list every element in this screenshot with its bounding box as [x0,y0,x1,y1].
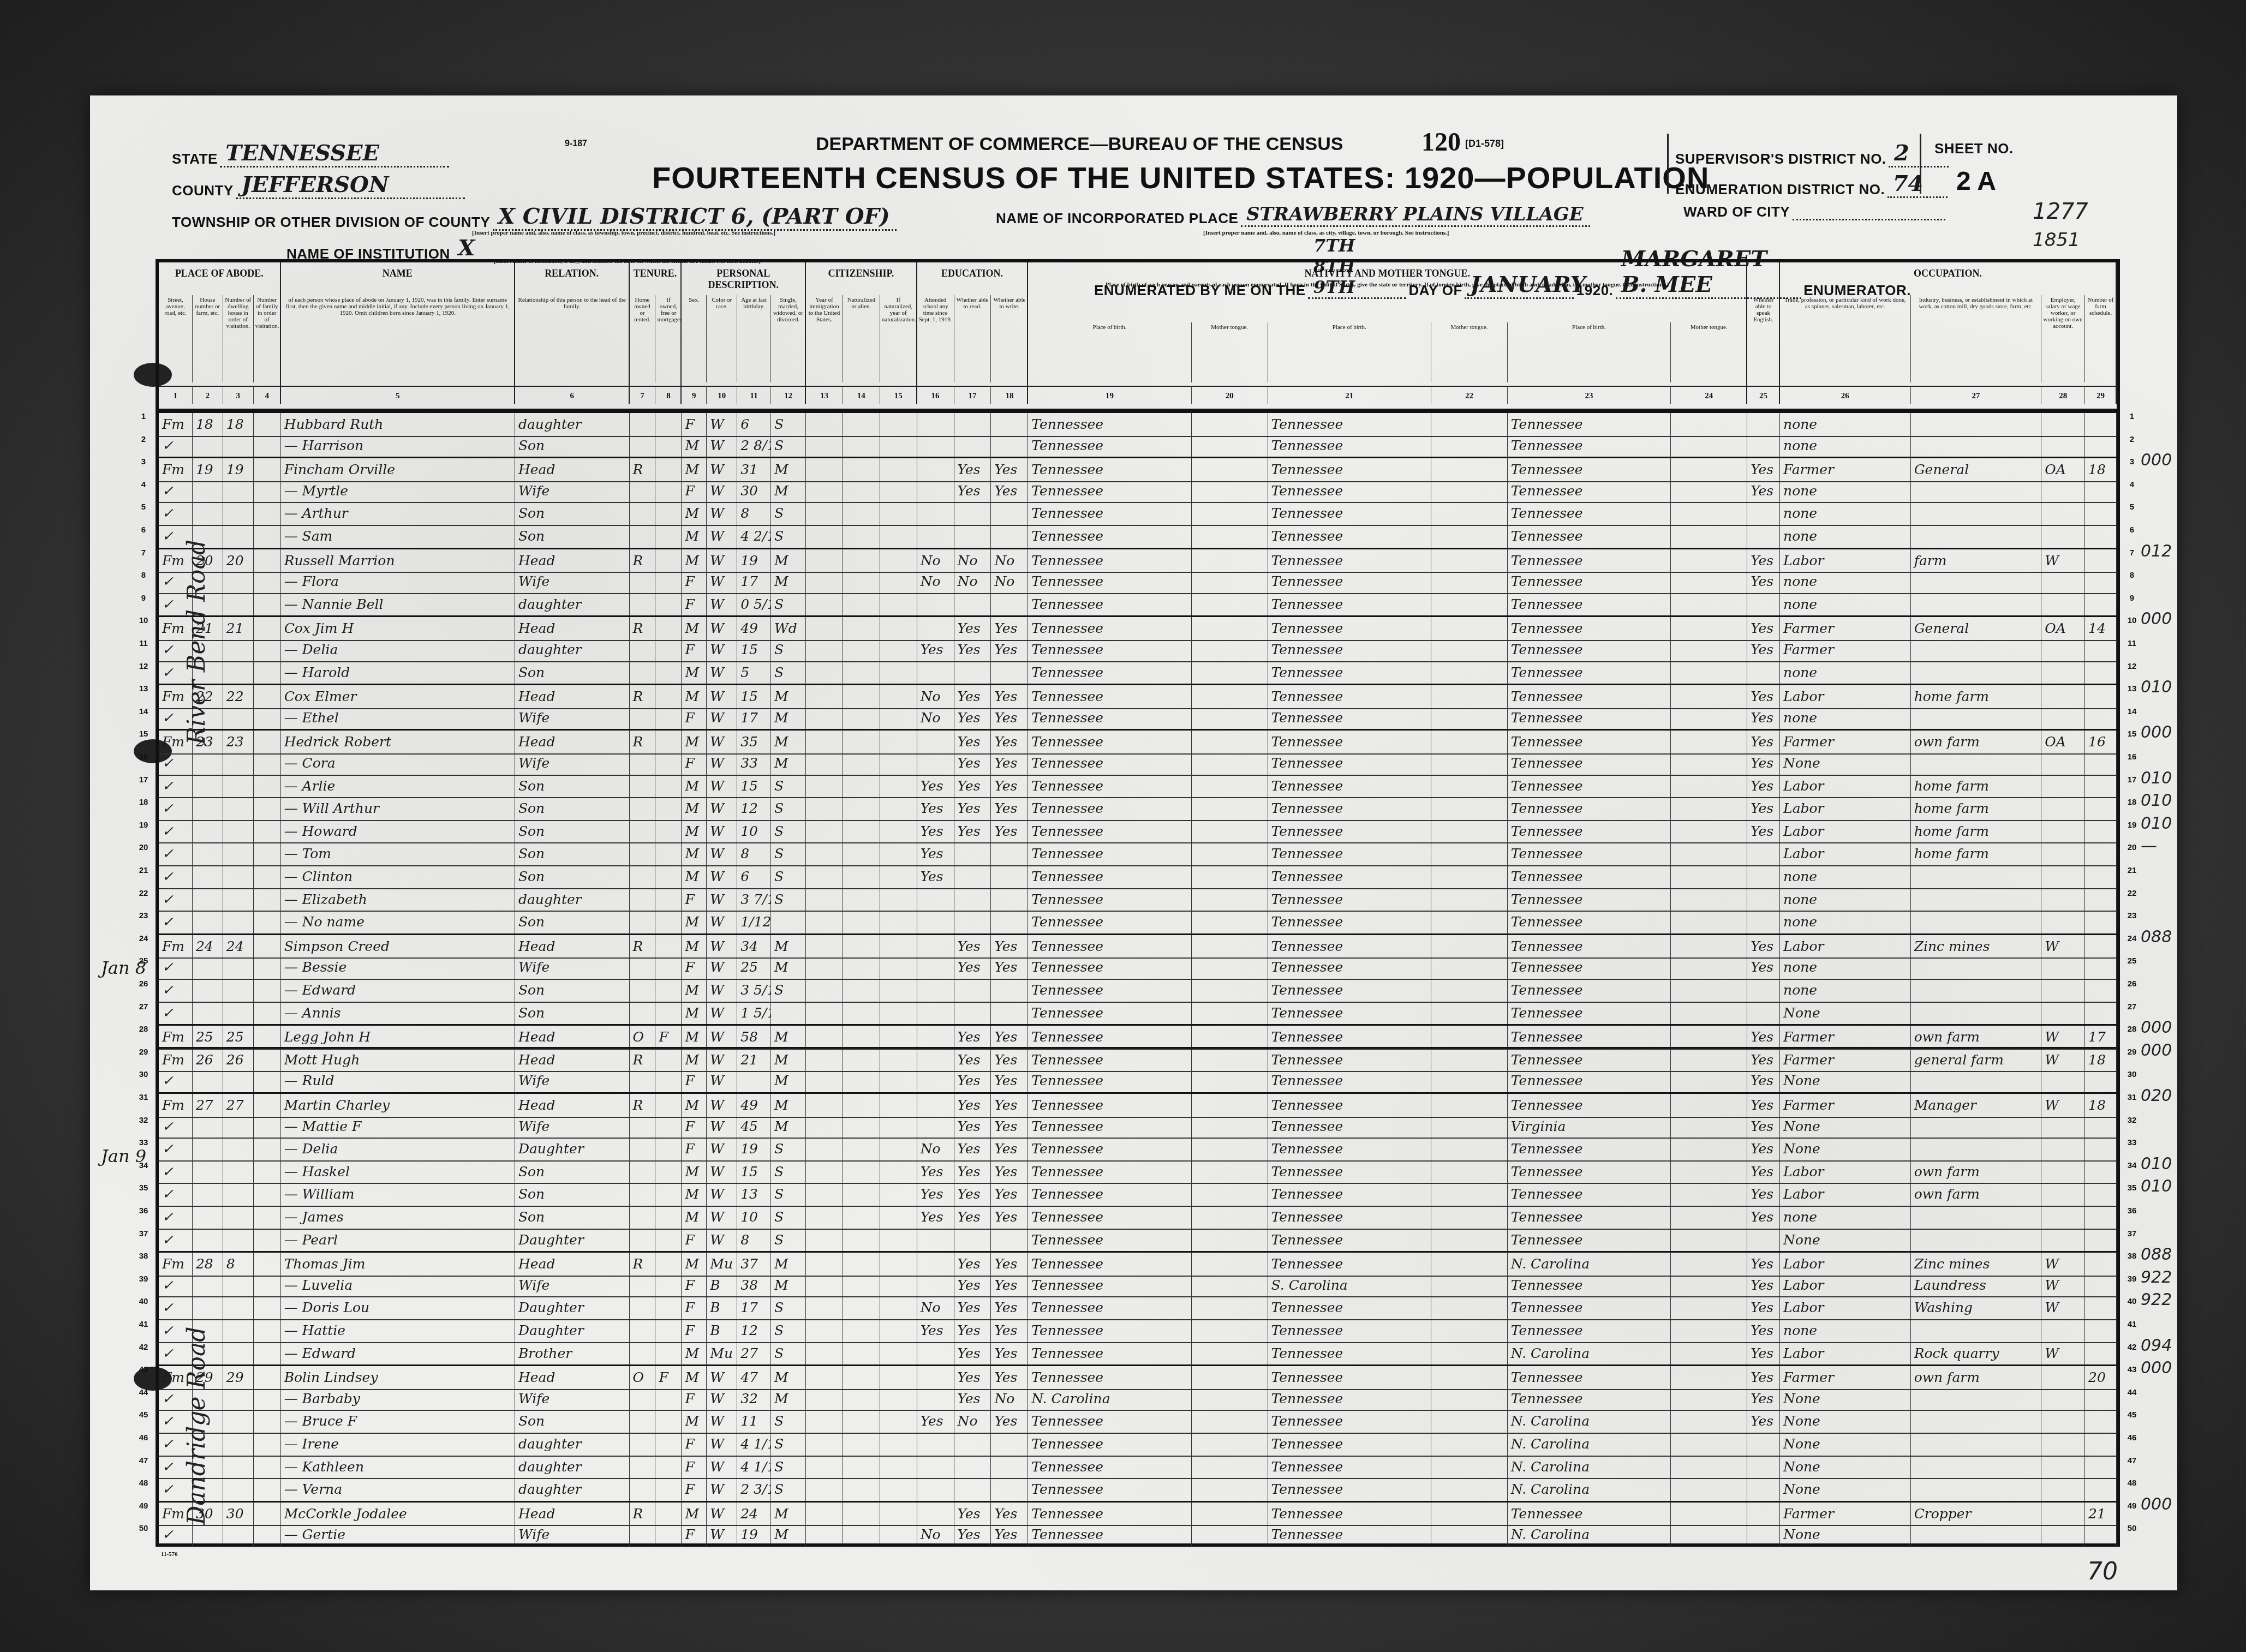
cell-industry [1911,638,2042,661]
cell-birth: Tennessee [1028,1433,1191,1456]
table-row: ✓— TomSonMW8SYesTennesseeTennesseeTennes… [159,842,2117,866]
cell-natz [843,458,880,481]
cell-tongue [1192,593,1268,616]
cell-english: Yes [1747,707,1780,729]
cell-english: Yes [1747,1026,1780,1049]
cell-farm-no [2085,752,2117,775]
cell-house [193,956,223,979]
cell-school: Yes [917,775,954,798]
cell-birth: Tennessee [1028,731,1191,753]
line-number: 28 [2121,1025,2143,1034]
cell-marital: M [771,1366,806,1389]
cell-school [917,1002,954,1025]
cell-english: Yes [1747,1094,1780,1117]
cell-mother-birth: Tennessee [1508,1002,1671,1025]
cell-sex: M [682,1026,707,1049]
cell-class [2041,434,2085,457]
cell-relation: Head [515,935,630,958]
cell-natz-year [880,1138,917,1160]
cell-father-tongue [1431,1183,1508,1206]
cell-mortgage [655,1274,682,1297]
cell-tenure [630,1296,656,1319]
line-number: 37 [133,1229,154,1238]
cell-natz-year [880,1206,917,1229]
cell-industry [1911,502,2042,525]
cell-father-tongue [1431,1274,1508,1297]
cell-industry: Cropper [1911,1503,2042,1525]
table-row: ✓— EdwardBrotherMMu27SYesYesTennesseeTen… [159,1342,2117,1366]
cell-read: Yes [954,1274,991,1297]
table-row: ✓— LuveliaWifeFB38MYesYesTennesseeS. Car… [159,1274,2117,1298]
cell-tenure [630,525,656,548]
table-row: ✓— ElizabethdaughterFW3 7/12STennesseeTe… [159,888,2117,912]
cell-class [2041,775,2085,798]
cell-marital: S [771,1342,806,1365]
cell-father-tongue [1431,1366,1508,1389]
cell-dwelling [223,1523,254,1546]
cell-birth: Tennessee [1028,1206,1191,1229]
cell-race: W [707,1026,737,1049]
cell-marital: S [771,775,806,798]
cell-industry: own farm [1911,1183,2042,1206]
cell-marital: S [771,1206,806,1229]
cell-natz-year [880,888,917,911]
table-row: ✓— IrenedaughterFW4 1/12STennesseeTennes… [159,1433,2117,1457]
cell-marital: S [771,413,806,436]
cell-mother-birth: Tennessee [1508,434,1671,457]
cell-tenure [630,434,656,457]
cell-father-birth: Tennessee [1268,1433,1431,1456]
cell-race: W [707,1206,737,1229]
cell-school: Yes [917,638,954,661]
line-number: 37 [2121,1229,2143,1238]
column-group-header: PERSONAL DESCRIPTION.Sex.9Color or race.… [682,262,806,404]
cell-relation: Head [515,1049,630,1072]
cell-english: Yes [1747,956,1780,979]
cell-school: No [917,549,954,572]
cell-name: — Ethel [281,707,515,729]
cell-tongue [1192,1523,1268,1546]
cell-mother-birth: N. Carolina [1508,1410,1671,1433]
cell-industry [1911,1456,2042,1479]
cell-street: ✓ [159,502,193,525]
line-number: 30 [133,1070,154,1079]
cell-name: — Edward [281,979,515,1002]
cell-street: ✓ [159,1183,193,1206]
column-description: Home owned or rented. [630,295,656,382]
cell-year-imm [806,1002,843,1025]
cell-natz [843,888,880,911]
cell-age: 25 [737,956,771,979]
cell-mortgage [655,1094,682,1117]
cell-tongue [1192,1433,1268,1456]
cell-industry: home farm [1911,797,2042,820]
cell-name: — Howard [281,820,515,843]
cell-family [254,1094,281,1117]
cell-birth: Tennessee [1028,979,1191,1002]
table-row: ✓— DeliaDaughterFW19SNoYesYesTennesseeTe… [159,1138,2117,1162]
cell-mortgage [655,1183,682,1206]
cell-occupation: Labor [1780,685,1911,708]
cell-write: Yes [991,458,1028,481]
cell-relation: Wife [515,1387,630,1410]
line-number: 7 [2121,548,2143,558]
cell-industry [1911,752,2042,775]
cell-industry [1911,865,2042,888]
cell-tenure [630,707,656,729]
line-number: 8 [2121,571,2143,580]
cell-dwelling [223,1229,254,1252]
table-row: ✓— SamSonMW4 2/12STennesseeTennesseeTenn… [159,525,2117,549]
cell-natz-year [880,617,917,640]
cell-birth: Tennessee [1028,1115,1191,1138]
cell-mother-tongue [1671,685,1747,708]
cell-natz-year [880,1049,917,1072]
cell-mother-tongue [1671,1115,1747,1138]
cell-mother-birth: Tennessee [1508,685,1671,708]
cell-school [917,1342,954,1365]
cell-read: Yes [954,731,991,753]
cell-mother-birth: Tennessee [1508,820,1671,843]
cell-english: Yes [1747,1274,1780,1297]
cell-mortgage [655,775,682,798]
cell-family [254,888,281,911]
line-number: 9 [2121,594,2143,603]
cell-tenure: R [630,935,656,958]
cell-occupation: None [1780,1002,1911,1025]
cell-natz [843,1274,880,1297]
cell-father-birth: Tennessee [1268,1002,1431,1025]
occupation-code: 922 [2141,1290,2172,1309]
cell-english: Yes [1747,1138,1780,1160]
cell-birth: Tennessee [1028,1253,1191,1276]
cell-mother-birth: Tennessee [1508,1160,1671,1183]
cell-family [254,797,281,820]
cell-dwelling: 29 [223,1366,254,1389]
cell-mother-birth: Tennessee [1508,413,1671,436]
cell-house [193,480,223,502]
cell-street: Fm [159,935,193,958]
cell-farm-no [2085,775,2117,798]
cell-natz-year [880,911,917,933]
cell-natz [843,661,880,684]
cell-marital: M [771,1094,806,1117]
cell-mother-birth: Tennessee [1508,1138,1671,1160]
cell-farm-no [2085,1433,2117,1456]
cell-age [737,1069,771,1092]
cell-father-birth: Tennessee [1268,434,1431,457]
line-number: 48 [2121,1479,2143,1488]
cell-father-birth: Tennessee [1268,1026,1431,1049]
cell-year-imm [806,842,843,865]
cell-name: — Cora [281,752,515,775]
cell-natz-year [880,661,917,684]
cell-marital: S [771,1456,806,1479]
cell-year-imm [806,1160,843,1183]
occupation-code: 012 [2141,542,2172,561]
cell-tongue [1192,752,1268,775]
column-number: 19 [1028,386,1191,404]
cell-mother-tongue [1671,1503,1747,1525]
cell-tongue [1192,617,1268,640]
table-row: Fm1818Hubbard RuthdaughterFW6STennesseeT… [159,411,2117,437]
cell-family [254,1002,281,1025]
line-number: 32 [2121,1116,2143,1125]
cell-farm-no [2085,1229,2117,1252]
cell-tenure [630,888,656,911]
occupation-code: 010 [2141,1154,2172,1174]
cell-english: Yes [1747,480,1780,502]
column-number: 1 [159,386,193,404]
cell-marital [771,1002,806,1025]
cell-farm-no [2085,1002,2117,1025]
cell-class [2041,1160,2085,1183]
cell-english: Yes [1747,638,1780,661]
cell-mortgage [655,1523,682,1546]
cell-tenure [630,1478,656,1501]
cell-class [2041,956,2085,979]
cell-birth: Tennessee [1028,1002,1191,1025]
cell-natz-year [880,1410,917,1433]
cell-natz-year [880,593,917,616]
cell-father-tongue [1431,1026,1508,1049]
column-number: 25 [1747,386,1780,404]
cell-natz [843,434,880,457]
cell-father-tongue [1431,1433,1508,1456]
table-body: Fm1818Hubbard RuthdaughterFW6STennesseeT… [159,409,2117,1543]
cell-industry [1911,1229,2042,1252]
line-number: 20 [133,843,154,852]
cell-age: 4 1/12 [737,1456,771,1479]
cell-class [2041,911,2085,933]
line-number: 29 [2121,1048,2143,1057]
cell-industry [1911,570,2042,593]
cell-mother-tongue [1671,956,1747,979]
cell-father-birth: Tennessee [1268,570,1431,593]
cell-dwelling: 24 [223,935,254,958]
cell-sex: M [682,525,707,548]
cell-street: ✓ [159,842,193,865]
table-row: ✓— EthelWifeFW17MNoYesYesTennesseeTennes… [159,707,2117,731]
cell-marital: S [771,525,806,548]
cell-name: McCorkle Jodalee [281,1503,515,1525]
cell-industry [1911,661,2042,684]
cell-father-birth: Tennessee [1268,1253,1431,1276]
cell-natz [843,1206,880,1229]
cell-race: W [707,1387,737,1410]
cell-read: Yes [954,935,991,958]
cell-year-imm [806,1274,843,1297]
cell-mortgage [655,434,682,457]
cell-name: — Edward [281,1342,515,1365]
cell-father-tongue [1431,1253,1508,1276]
cell-occupation: Farmer [1780,1049,1911,1072]
cell-name: — Kathleen [281,1456,515,1479]
cell-age: 38 [737,1274,771,1297]
cell-dwelling [223,1274,254,1297]
column-group-label: CITIZENSHIP. [806,262,916,279]
cell-english [1747,865,1780,888]
state-field: STATE Tennessee [172,140,449,167]
cell-age: 8 [737,1229,771,1252]
line-number: 5 [133,502,154,512]
cell-sex: F [682,888,707,911]
cell-mother-tongue [1671,502,1747,525]
cell-marital: S [771,1478,806,1501]
column-description: Trade, profession, or particular kind of… [1780,295,1911,382]
cell-mother-birth: Tennessee [1508,1049,1671,1072]
cell-age: 34 [737,935,771,958]
cell-industry: own farm [1911,1160,2042,1183]
cell-dwelling: 22 [223,685,254,708]
cell-marital: M [771,1049,806,1072]
cell-year-imm [806,570,843,593]
cell-tenure [630,752,656,775]
cell-mortgage [655,842,682,865]
cell-age: 3 7/12 [737,888,771,911]
cell-sex: M [682,1002,707,1025]
cell-mortgage [655,549,682,572]
cell-industry: home farm [1911,775,2042,798]
cell-marital: M [771,1523,806,1546]
cell-tongue [1192,1183,1268,1206]
cell-occupation: None [1780,1410,1911,1433]
cell-relation: Son [515,820,630,843]
cell-natz-year [880,1342,917,1365]
cell-tenure [630,1410,656,1433]
cell-natz [843,638,880,661]
cell-natz-year [880,525,917,548]
table-row: Fm2727Martin CharleyHeadRMW49MYesYesTenn… [159,1092,2117,1118]
cell-natz [843,1094,880,1117]
cell-class [2041,1456,2085,1479]
cell-street: ✓ [159,911,193,933]
cell-farm-no [2085,685,2117,708]
cell-age: 8 [737,842,771,865]
cell-class: OA [2041,458,2085,481]
cell-father-birth: Tennessee [1268,820,1431,843]
cell-birth: Tennessee [1028,1274,1191,1297]
cell-mother-tongue [1671,1523,1747,1546]
cell-dwelling [223,1206,254,1229]
table-row: ✓— Bruce FSonMW11SYesNoYesTennesseeTenne… [159,1410,2117,1434]
cell-natz [843,935,880,958]
column-number: 24 [1671,386,1747,404]
cell-relation: Head [515,1253,630,1276]
cell-mortgage [655,685,682,708]
cell-english: Yes [1747,1366,1780,1389]
column-group-label: TENURE. [630,262,681,279]
cell-year-imm [806,1069,843,1092]
cell-age: 10 [737,1206,771,1229]
cell-birth: Tennessee [1028,1069,1191,1092]
cell-relation: Son [515,1206,630,1229]
cell-natz [843,593,880,616]
cell-natz-year [880,1253,917,1276]
form-number: 9-187 [565,139,587,149]
line-number: 36 [2121,1206,2143,1216]
cell-occupation: None [1780,1456,1911,1479]
cell-industry [1911,1319,2042,1342]
cell-mother-tongue [1671,570,1747,593]
cell-house [193,434,223,457]
cell-age: 35 [737,731,771,753]
township-field: TOWNSHIP OR OTHER DIVISION OF COUNTY x C… [172,203,897,231]
cell-year-imm [806,1366,843,1389]
cell-farm-no [2085,820,2117,843]
cell-mother-birth: Tennessee [1508,525,1671,548]
cell-race: W [707,1160,737,1183]
cell-natz-year [880,979,917,1002]
cell-father-birth: Tennessee [1268,638,1431,661]
table-row: ✓— AnnisSonMW1 5/12TennesseeTennesseeTen… [159,1002,2117,1026]
cell-read: Yes [954,1049,991,1072]
cell-age: 15 [737,638,771,661]
table-row: ✓— HaskelSonMW15SYesYesYesTennesseeTenne… [159,1160,2117,1184]
cell-year-imm [806,888,843,911]
cell-sex: M [682,1094,707,1117]
cell-sex: F [682,1387,707,1410]
cell-relation: Son [515,525,630,548]
line-number: 23 [133,911,154,920]
cell-race: W [707,434,737,457]
cell-occupation: None [1780,1433,1911,1456]
table-row: ✓— HaroldSonMW5STennesseeTennesseeTennes… [159,661,2117,685]
cell-mother-birth: Tennessee [1508,731,1671,753]
cell-name: Hedrick Robert [281,731,515,753]
cell-mother-birth: Tennessee [1508,775,1671,798]
column-number: 20 [1192,386,1268,404]
cell-father-birth: Tennessee [1268,1319,1431,1342]
cell-mother-tongue [1671,1342,1747,1365]
cell-english: Yes [1747,1387,1780,1410]
cell-class [2041,707,2085,729]
cell-english: Yes [1747,797,1780,820]
cell-street: ✓ [159,480,193,502]
cell-race: W [707,707,737,729]
column-number: 7 [630,386,656,404]
cell-relation: Daughter [515,1138,630,1160]
cell-tenure [630,842,656,865]
column-number: 14 [843,386,880,404]
cell-natz [843,502,880,525]
cell-read: Yes [954,1366,991,1389]
cell-school [917,1069,954,1092]
cell-read: Yes [954,775,991,798]
cell-write: Yes [991,638,1028,661]
column-description: House number or farm, etc. [193,295,223,382]
line-number: 15 [133,729,154,739]
cell-mother-birth: Tennessee [1508,502,1671,525]
line-number: 41 [133,1320,154,1329]
cell-marital: S [771,842,806,865]
occupation-code: 000 [2141,1358,2172,1378]
cell-tenure: R [630,1503,656,1525]
cell-read: Yes [954,707,991,729]
table-row: ✓— KathleendaughterFW4 1/12STennesseeTen… [159,1456,2117,1480]
line-number: 38 [133,1252,154,1261]
cell-family [254,638,281,661]
cell-write: Yes [991,1296,1028,1319]
cell-relation: Head [515,1366,630,1389]
line-number: 2 [2121,435,2143,444]
cell-mother-tongue [1671,549,1747,572]
line-number: 43 [133,1365,154,1374]
cell-natz-year [880,865,917,888]
cell-relation: Wife [515,752,630,775]
column-number: 15 [880,386,917,404]
cell-street: ✓ [159,1115,193,1138]
